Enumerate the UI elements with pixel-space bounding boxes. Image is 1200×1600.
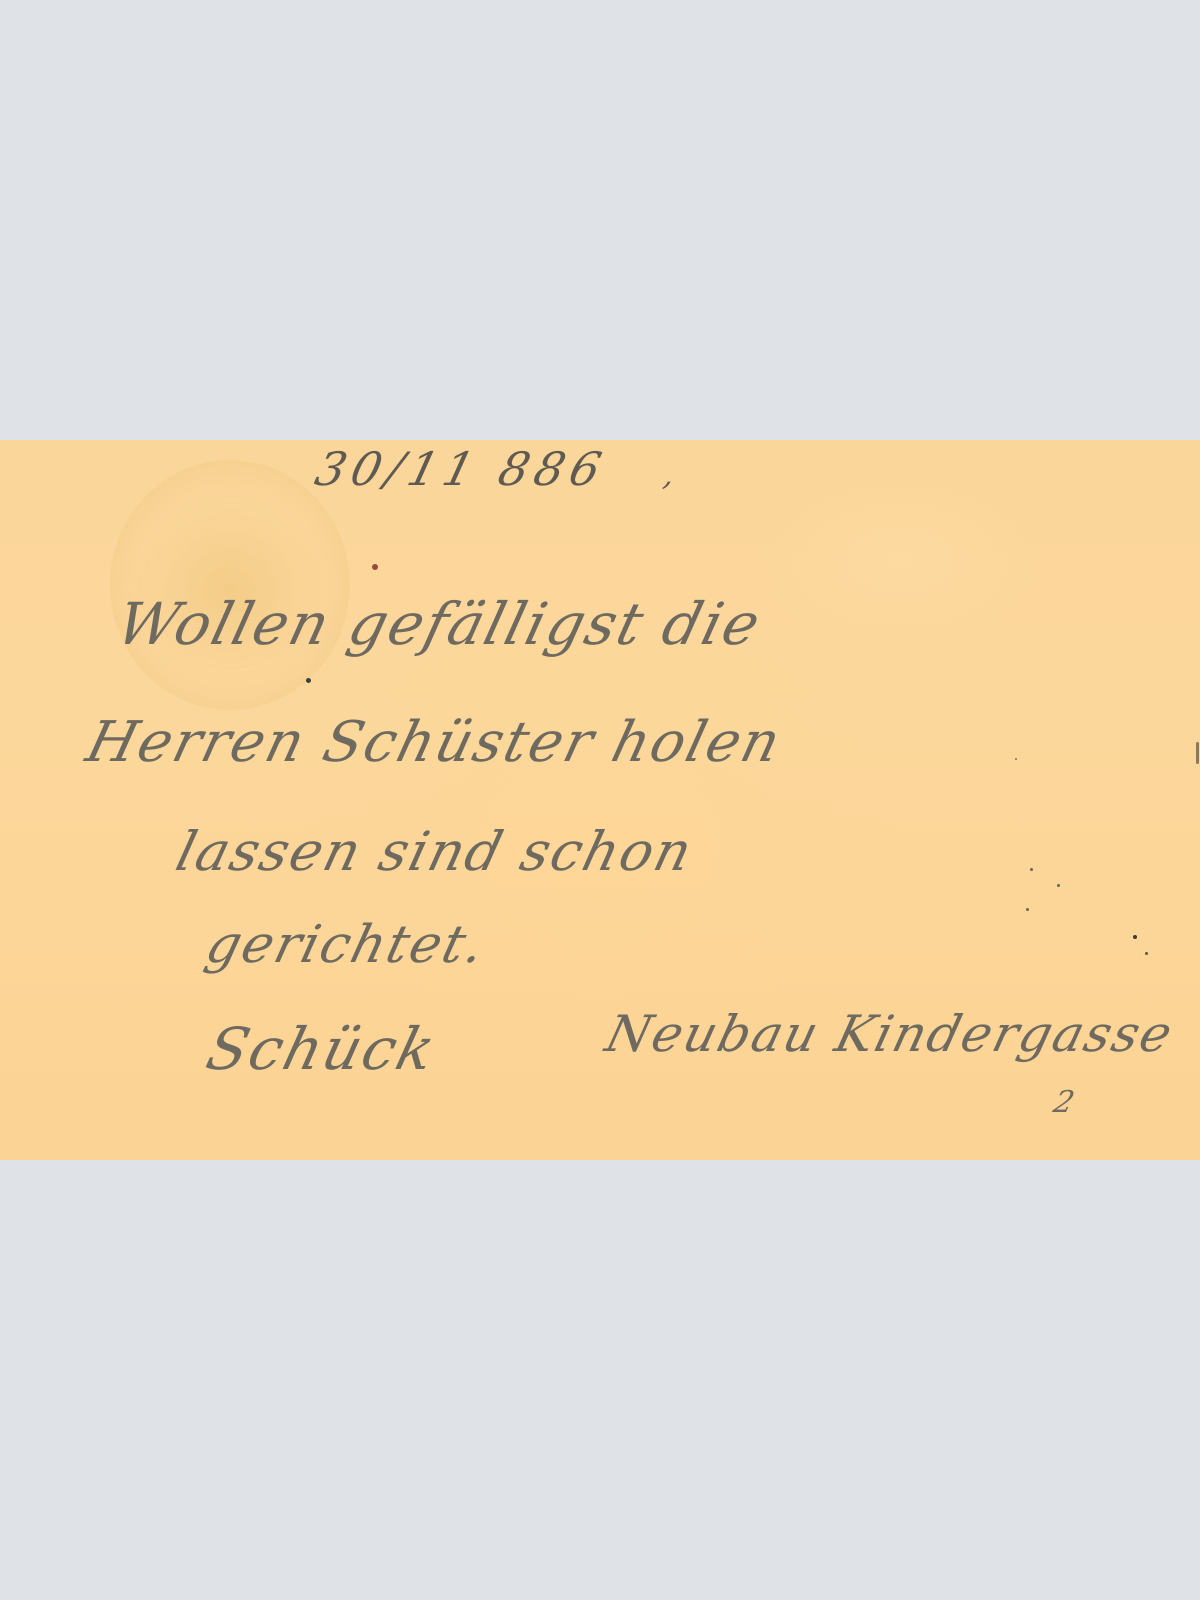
text-line-herren-schuester-holen: Herren Schüster holen xyxy=(80,710,788,775)
edge-mark xyxy=(1196,742,1199,764)
signature-address: Neubau Kindergasse xyxy=(600,1005,1180,1063)
text-line-wollen-gefaelligst-die: Wollen gefälligst die xyxy=(110,590,769,658)
text-line-gerichtet: gerichtet. xyxy=(200,915,492,975)
red-ink-speck xyxy=(372,564,378,570)
signature-name: Schück xyxy=(200,1015,444,1083)
date-line: 30/11 886 , xyxy=(310,442,689,496)
signature-house-number: 2 xyxy=(1050,1085,1080,1120)
faded-postmark xyxy=(110,460,350,710)
dark-ink-speck xyxy=(306,678,311,683)
date-mark: , xyxy=(660,458,684,493)
date: 30/11 886 xyxy=(310,442,612,496)
dust-speck xyxy=(1015,758,1017,760)
dust-speck xyxy=(1030,868,1033,871)
dust-speck xyxy=(1026,908,1029,911)
dust-speck xyxy=(1145,952,1148,955)
text-line-lassen-sind-schon: lassen sind schon xyxy=(170,820,700,883)
postcard: 30/11 886 , Wollen gefälligst die Herren… xyxy=(0,440,1200,1160)
dust-speck xyxy=(1057,884,1060,887)
dust-speck xyxy=(1133,935,1137,939)
